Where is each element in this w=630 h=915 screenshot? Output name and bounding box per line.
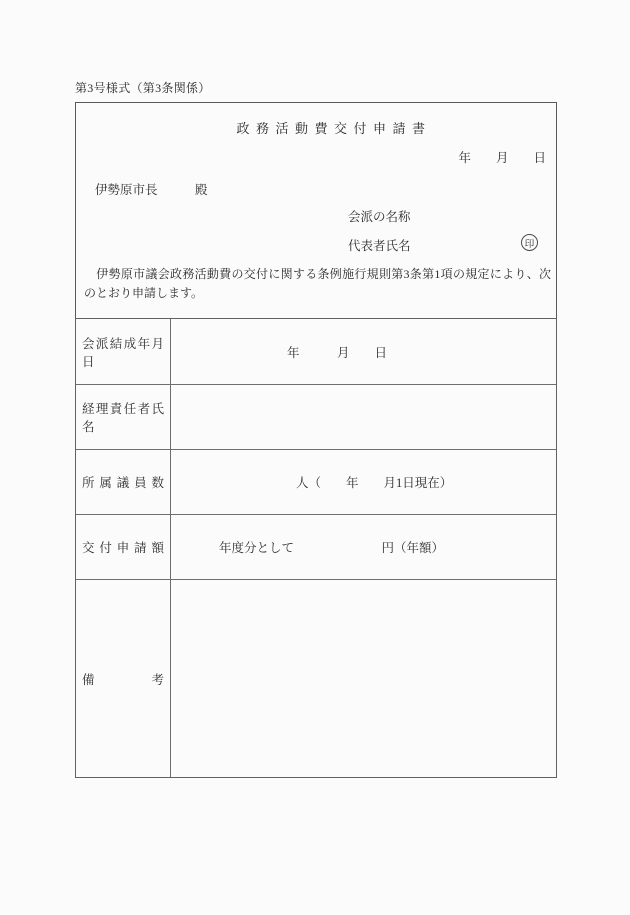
application-amount-label: 交付申請額 (76, 538, 170, 556)
row-label-cell: 会派結成年月日 (76, 319, 171, 384)
member-count-value: 人（ 年 月1日現在） (171, 450, 556, 514)
seal-mark-icon: 印 (521, 234, 538, 251)
application-statement: 伊勢原市議会政務活動費の交付に関する条例施行規則第3条第1項の規定により、次のと… (84, 265, 551, 303)
form-number-label: 第3号様式（第3条関係） (75, 79, 211, 96)
remarks-value (171, 580, 556, 777)
application-form-box: 政務活動費交付申請書 年 月 日 伊勢原市長 殿 会派の名称 代表者氏名 印 伊… (75, 102, 557, 778)
accounting-manager-label: 経理責任者氏名 (76, 399, 170, 435)
application-amount-value: 年度分として 円（年額） (171, 515, 556, 579)
table-row-application-amount: 交付申請額 年度分として 円（年額） (76, 514, 556, 579)
representative-line: 代表者氏名 印 (348, 236, 556, 254)
accounting-manager-value (171, 385, 556, 449)
faction-name-label: 会派の名称 (348, 207, 411, 225)
form-title: 政務活動費交付申請書 (76, 118, 556, 137)
representative-name-label: 代表者氏名 (348, 239, 411, 253)
remarks-label: 備考 (76, 670, 170, 688)
faction-formation-date-value: 年 月 日 (171, 319, 556, 384)
row-label-cell: 備考 (76, 580, 171, 777)
document-page: 第3号様式（第3条関係） 政務活動費交付申請書 年 月 日 伊勢原市長 殿 会派… (0, 0, 630, 915)
member-count-label: 所属議員数 (76, 473, 170, 491)
row-label-cell: 交付申請額 (76, 515, 171, 579)
table-row-member-count: 所属議員数 人（ 年 月1日現在） (76, 449, 556, 514)
row-label-cell: 所属議員数 (76, 450, 171, 514)
row-label-cell: 経理責任者氏名 (76, 385, 171, 449)
faction-formation-date-label: 会派結成年月日 (76, 334, 170, 370)
table-row-accounting-manager: 経理責任者氏名 (76, 384, 556, 449)
table-row-faction-formation-date: 会派結成年月日 年 月 日 (76, 319, 556, 384)
application-table: 会派結成年月日 年 月 日 経理責任者氏名 所属議員数 人（ 年 月1日現在） … (75, 318, 557, 778)
addressee-line: 伊勢原市長 殿 (95, 180, 208, 198)
table-row-remarks: 備考 (76, 579, 556, 777)
date-blank-line: 年 月 日 (76, 148, 556, 166)
